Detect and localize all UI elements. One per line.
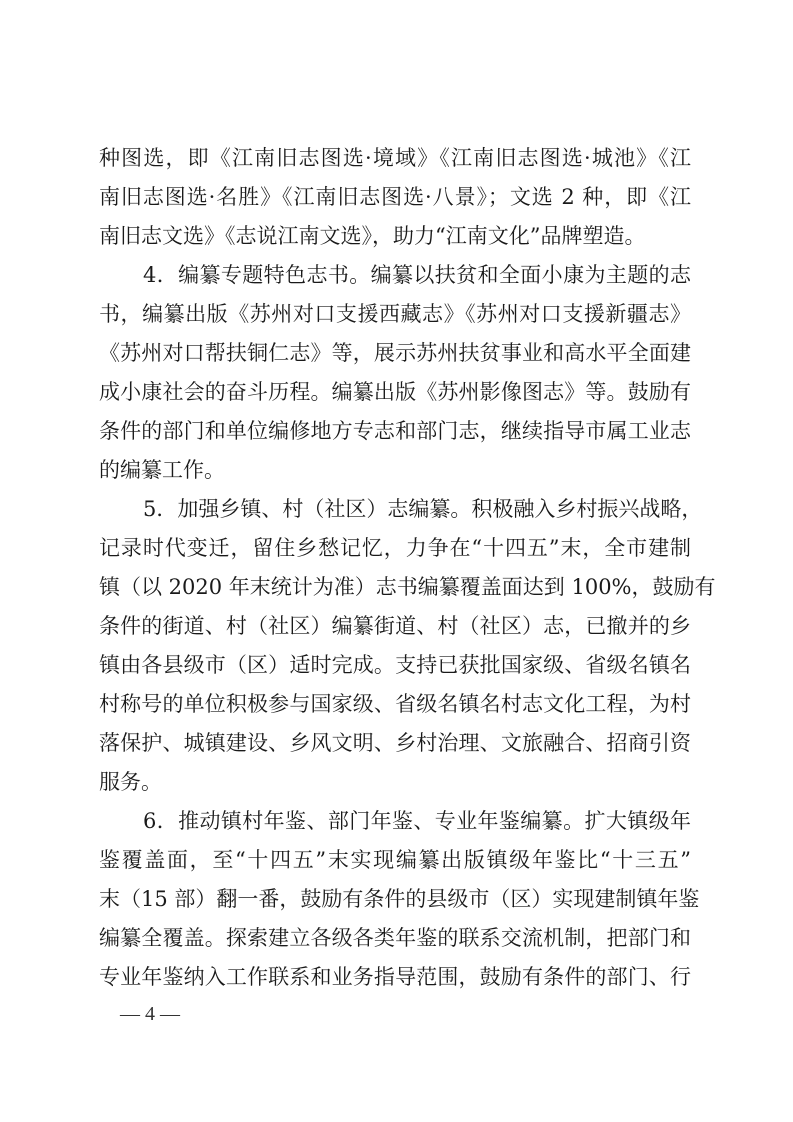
text-line: 鉴覆盖面，至“十四五”末实现编纂出版镇级年鉴比“十三五”	[99, 845, 691, 875]
text-line: 编纂全覆盖。探索建立各级各类年鉴的联系交流机制，把部门和	[99, 923, 691, 953]
text-line: 末（15 部）翻一番，鼓励有条件的县级市（区）实现建制镇年鉴	[99, 884, 691, 914]
page-number: — 4 —	[120, 1002, 180, 1026]
text-line: 落保护、城镇建设、乡风文明、乡村治理、文旅融合、招商引资	[99, 728, 691, 758]
text-line: 南旧志文选》《志说江南文选》，助力“江南文化”品牌塑造。	[99, 221, 691, 251]
text-line: 村称号的单位积极参与国家级、省级名镇名村志文化工程，为村	[99, 689, 691, 719]
text-line: 条件的部门和单位编修地方专志和部门志，继续指导市属工业志	[99, 416, 691, 446]
text-line: 《苏州对口帮扶铜仁志》等，展示苏州扶贫事业和高水平全面建	[99, 338, 691, 368]
text-line: 种图选，即《江南旧志图选·境域》《江南旧志图选·城池》《江	[99, 143, 691, 173]
text-line: 镇（以 2020 年末统计为准）志书编纂覆盖面达到 100%，鼓励有	[99, 572, 691, 602]
text-line: 条件的街道、村（社区）编纂街道、村（社区）志，已撤并的乡	[99, 611, 691, 641]
section-5-heading-line: 5．加强乡镇、村（社区）志编纂。积极融入乡村振兴战略，	[99, 494, 691, 524]
text-line: 的编纂工作。	[99, 455, 691, 485]
text-line: 服务。	[99, 767, 691, 797]
text-line: 书，编纂出版《苏州对口支援西藏志》《苏州对口支援新疆志》	[99, 299, 691, 329]
text-line: 专业年鉴纳入工作联系和业务指导范围，鼓励有条件的部门、行	[99, 962, 691, 992]
section-6-heading-line: 6．推动镇村年鉴、部门年鉴、专业年鉴编纂。扩大镇级年	[99, 806, 691, 836]
section-4-heading-line: 4．编纂专题特色志书。编纂以扶贫和全面小康为主题的志	[99, 260, 691, 290]
text-line: 记录时代变迁，留住乡愁记忆，力争在“十四五”末，全市建制	[99, 533, 691, 563]
text-line: 镇由各县级市（区）适时完成。支持已获批国家级、省级名镇名	[99, 650, 691, 680]
text-line: 成小康社会的奋斗历程。编纂出版《苏州影像图志》等。鼓励有	[99, 377, 691, 407]
text-line: 南旧志图选·名胜》《江南旧志图选·八景》；文选 2 种，即《江	[99, 182, 691, 212]
